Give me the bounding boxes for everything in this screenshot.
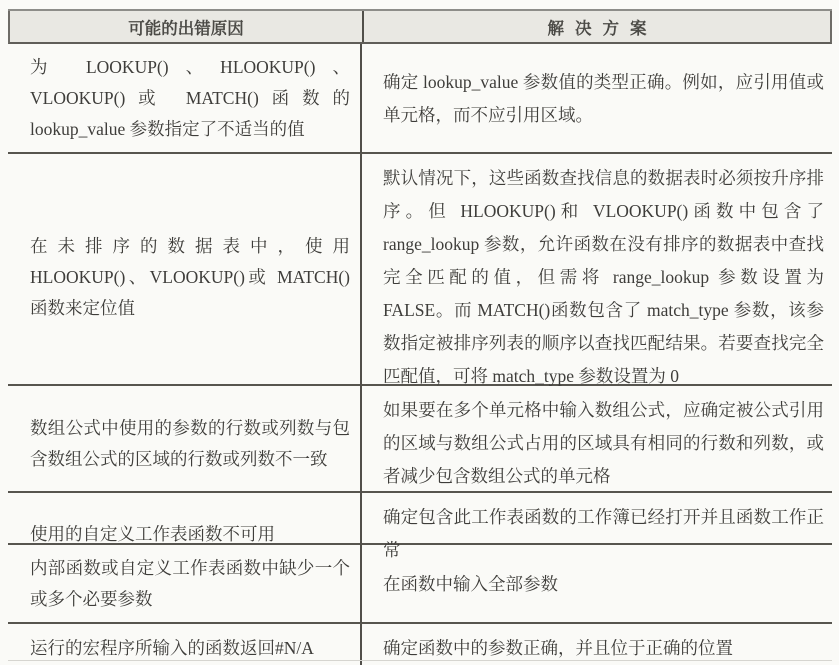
table-row: 在未排序的数据表中，使用 HLOOKUP()、VLOOKUP()或 MATCH(… xyxy=(8,154,832,386)
solution-text: 确定 lookup_value 参数值的类型正确。例如，应引用值或单元格，而不应… xyxy=(383,66,824,132)
error-cause-solution-table: 可能的出错原因 解决方案 为 LOOKUP()、HLOOKUP()、VLOOKU… xyxy=(8,9,832,665)
cause-cell: 内部函数或自定义工作表函数中缺少一个或多个必要参数 xyxy=(8,545,362,623)
header-cause: 可能的出错原因 xyxy=(10,11,364,42)
solution-text: 在函数中输入全部参数 xyxy=(383,568,824,601)
solution-cell: 确定函数中的参数正确，并且位于正确的位置 xyxy=(362,624,832,665)
solution-cell: 在函数中输入全部参数 xyxy=(362,545,832,623)
solution-cell: 确定 lookup_value 参数值的类型正确。例如，应引用值或单元格，而不应… xyxy=(362,44,832,153)
cause-cell: 为 LOOKUP()、HLOOKUP()、VLOOKUP()或 MATCH()函… xyxy=(8,44,362,153)
scanned-document-page: 可能的出错原因 解决方案 为 LOOKUP()、HLOOKUP()、VLOOKU… xyxy=(0,0,839,665)
table-header-row: 可能的出错原因 解决方案 xyxy=(8,11,832,44)
cause-cell: 运行的宏程序所输入的函数返回#N/A xyxy=(8,624,362,665)
cause-text: 数组公式中使用的参数的行数或列数与包含数组公式的区域的行数或列数不一致 xyxy=(30,413,350,475)
table-row: 内部函数或自定义工作表函数中缺少一个或多个必要参数 在函数中输入全部参数 xyxy=(8,545,832,624)
table-row: 使用的自定义工作表函数不可用 确定包含此工作表函数的工作簿已经打开并且函数工作正… xyxy=(8,493,832,545)
table-row: 数组公式中使用的参数的行数或列数与包含数组公式的区域的行数或列数不一致 如果要在… xyxy=(8,386,832,493)
table-row: 为 LOOKUP()、HLOOKUP()、VLOOKUP()或 MATCH()函… xyxy=(8,44,832,154)
cause-cell: 在未排序的数据表中，使用 HLOOKUP()、VLOOKUP()或 MATCH(… xyxy=(8,154,362,401)
cause-text: 为 LOOKUP()、HLOOKUP()、VLOOKUP()或 MATCH()函… xyxy=(30,52,350,145)
solution-cell: 默认情况下，这些函数查找信息的数据表时必须按升序排序。但 HLOOKUP()和 … xyxy=(362,154,832,401)
cause-text: 在未排序的数据表中，使用 HLOOKUP()、VLOOKUP()或 MATCH(… xyxy=(30,231,350,324)
header-solution: 解决方案 xyxy=(364,11,830,42)
solution-text: 如果要在多个单元格中输入数组公式，应确定被公式引用的区域与数组公式占用的区域具有… xyxy=(383,394,824,493)
solution-text: 默认情况下，这些函数查找信息的数据表时必须按升序排序。但 HLOOKUP()和 … xyxy=(383,162,824,393)
cause-text: 内部函数或自定义工作表函数中缺少一个或多个必要参数 xyxy=(30,553,350,615)
scan-artifact-line xyxy=(8,660,832,661)
cause-cell: 数组公式中使用的参数的行数或列数与包含数组公式的区域的行数或列数不一致 xyxy=(8,386,362,501)
table-row: 运行的宏程序所输入的函数返回#N/A 确定函数中的参数正确，并且位于正确的位置 xyxy=(8,624,832,665)
solution-cell: 如果要在多个单元格中输入数组公式，应确定被公式引用的区域与数组公式占用的区域具有… xyxy=(362,386,832,501)
